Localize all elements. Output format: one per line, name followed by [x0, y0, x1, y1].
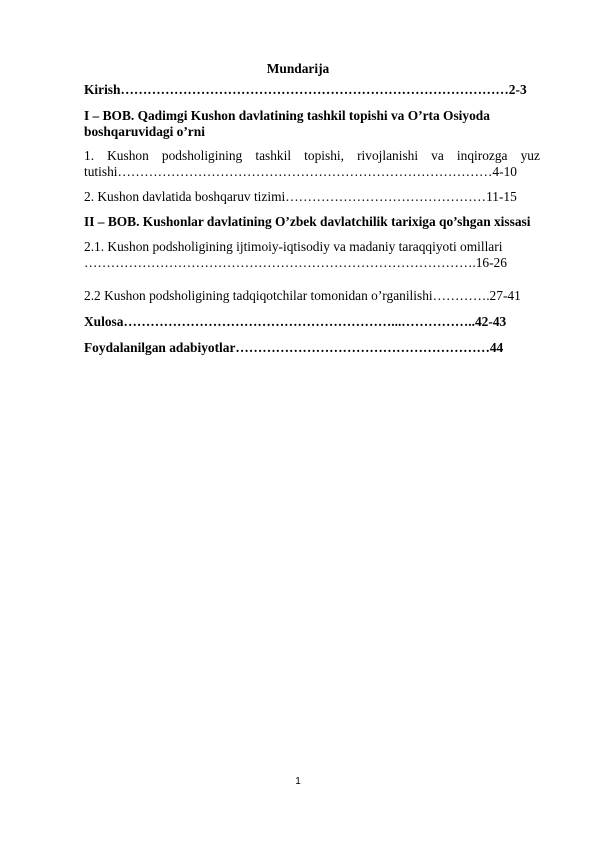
- toc-page-range: 4-10: [492, 164, 517, 179]
- toc-page-range: 16-26: [476, 255, 507, 270]
- toc-leader-dots: ……………………………………………………………………………: [120, 82, 508, 97]
- toc-entry-adabiyotlar[interactable]: Foydalanilgan adabiyotlar…………………………………………: [84, 340, 503, 356]
- toc-page-range: 11-15: [486, 189, 517, 204]
- toc-entry-text: 2.2 Kushon podsholigining tadqiqotchilar…: [84, 288, 433, 303]
- toc-page-range: 44: [490, 340, 503, 355]
- toc-entry-text: 2.1. Kushon podsholigining ijtimoiy-iqti…: [84, 239, 502, 254]
- word: topishi,: [304, 148, 344, 164]
- toc-chapter-2-heading[interactable]: II – BOB. Kushonlar davlatining O’zbek d…: [84, 214, 530, 230]
- toc-entry-text: tutishi: [84, 164, 117, 179]
- toc-entry-xulosa[interactable]: Xulosa……………………………………………………...……………..42-4…: [84, 314, 506, 330]
- toc-entry-1[interactable]: 1. Kushon podsholigining tashkil topishi…: [84, 148, 540, 164]
- word: podsholigining: [162, 148, 242, 164]
- word: inqirozga: [457, 148, 508, 164]
- toc-page-range: 42-43: [475, 314, 506, 329]
- word: 1.: [84, 148, 94, 164]
- toc-leader-dots: …………: [433, 288, 487, 303]
- toc-heading-line1: II – BOB. Kushonlar davlatining O’zbek d…: [84, 214, 530, 229]
- toc-leader-dots: ………………………………………: [285, 189, 486, 204]
- toc-entry-2[interactable]: 2. Kushon davlatida boshqaruv tizimi……………: [84, 189, 517, 205]
- toc-entry-text: Foydalanilgan adabiyotlar: [84, 340, 235, 355]
- word: tashkil: [255, 148, 291, 164]
- word: rivojlanishi: [357, 148, 418, 164]
- toc-entry-2-2[interactable]: 2.2 Kushon podsholigining tadqiqotchilar…: [84, 288, 521, 304]
- toc-entry-2-1-cont[interactable]: …………………………………………………………………………….16-26: [84, 255, 507, 271]
- toc-entry-kirish[interactable]: Kirish……………………………………………………………………………2-3: [84, 82, 527, 98]
- toc-entry-text: 2. Kushon davlatida boshqaruv tizimi: [84, 189, 285, 204]
- page-title: Mundarija: [0, 61, 596, 77]
- toc-leader-dots: …………………………………………………: [235, 340, 489, 355]
- toc-page-range: 2-3: [509, 82, 527, 97]
- word: yuz: [521, 148, 540, 164]
- word: Kushon: [107, 148, 149, 164]
- toc-entry-text: Xulosa: [84, 314, 123, 329]
- toc-chapter-1-heading-cont[interactable]: boshqaruvidagi o’rni: [84, 124, 205, 140]
- toc-entry-2-1[interactable]: 2.1. Kushon podsholigining ijtimoiy-iqti…: [84, 239, 502, 255]
- document-page: Mundarija Kirish…………………………………………………………………: [0, 0, 596, 842]
- word: va: [431, 148, 444, 164]
- page-number: 1: [0, 776, 596, 787]
- toc-chapter-1-heading[interactable]: I – BOB. Qadimgi Kushon davlatining tash…: [84, 108, 490, 124]
- toc-leader-dots: ……………………………………………………...……………..: [123, 314, 475, 329]
- toc-entry-1-cont[interactable]: tutishi…………………………………………………………………………4-10: [84, 164, 517, 180]
- toc-leader-dots: …………………………………………………………………………: [117, 164, 492, 179]
- toc-page-range: .27-41: [486, 288, 521, 303]
- toc-entry-text: Kirish: [84, 82, 120, 97]
- toc-leader-dots: …………………………………………………………………………….: [84, 255, 476, 270]
- toc-heading-line2: boshqaruvidagi o’rni: [84, 124, 205, 139]
- toc-heading-line1: I – BOB. Qadimgi Kushon davlatining tash…: [84, 108, 490, 123]
